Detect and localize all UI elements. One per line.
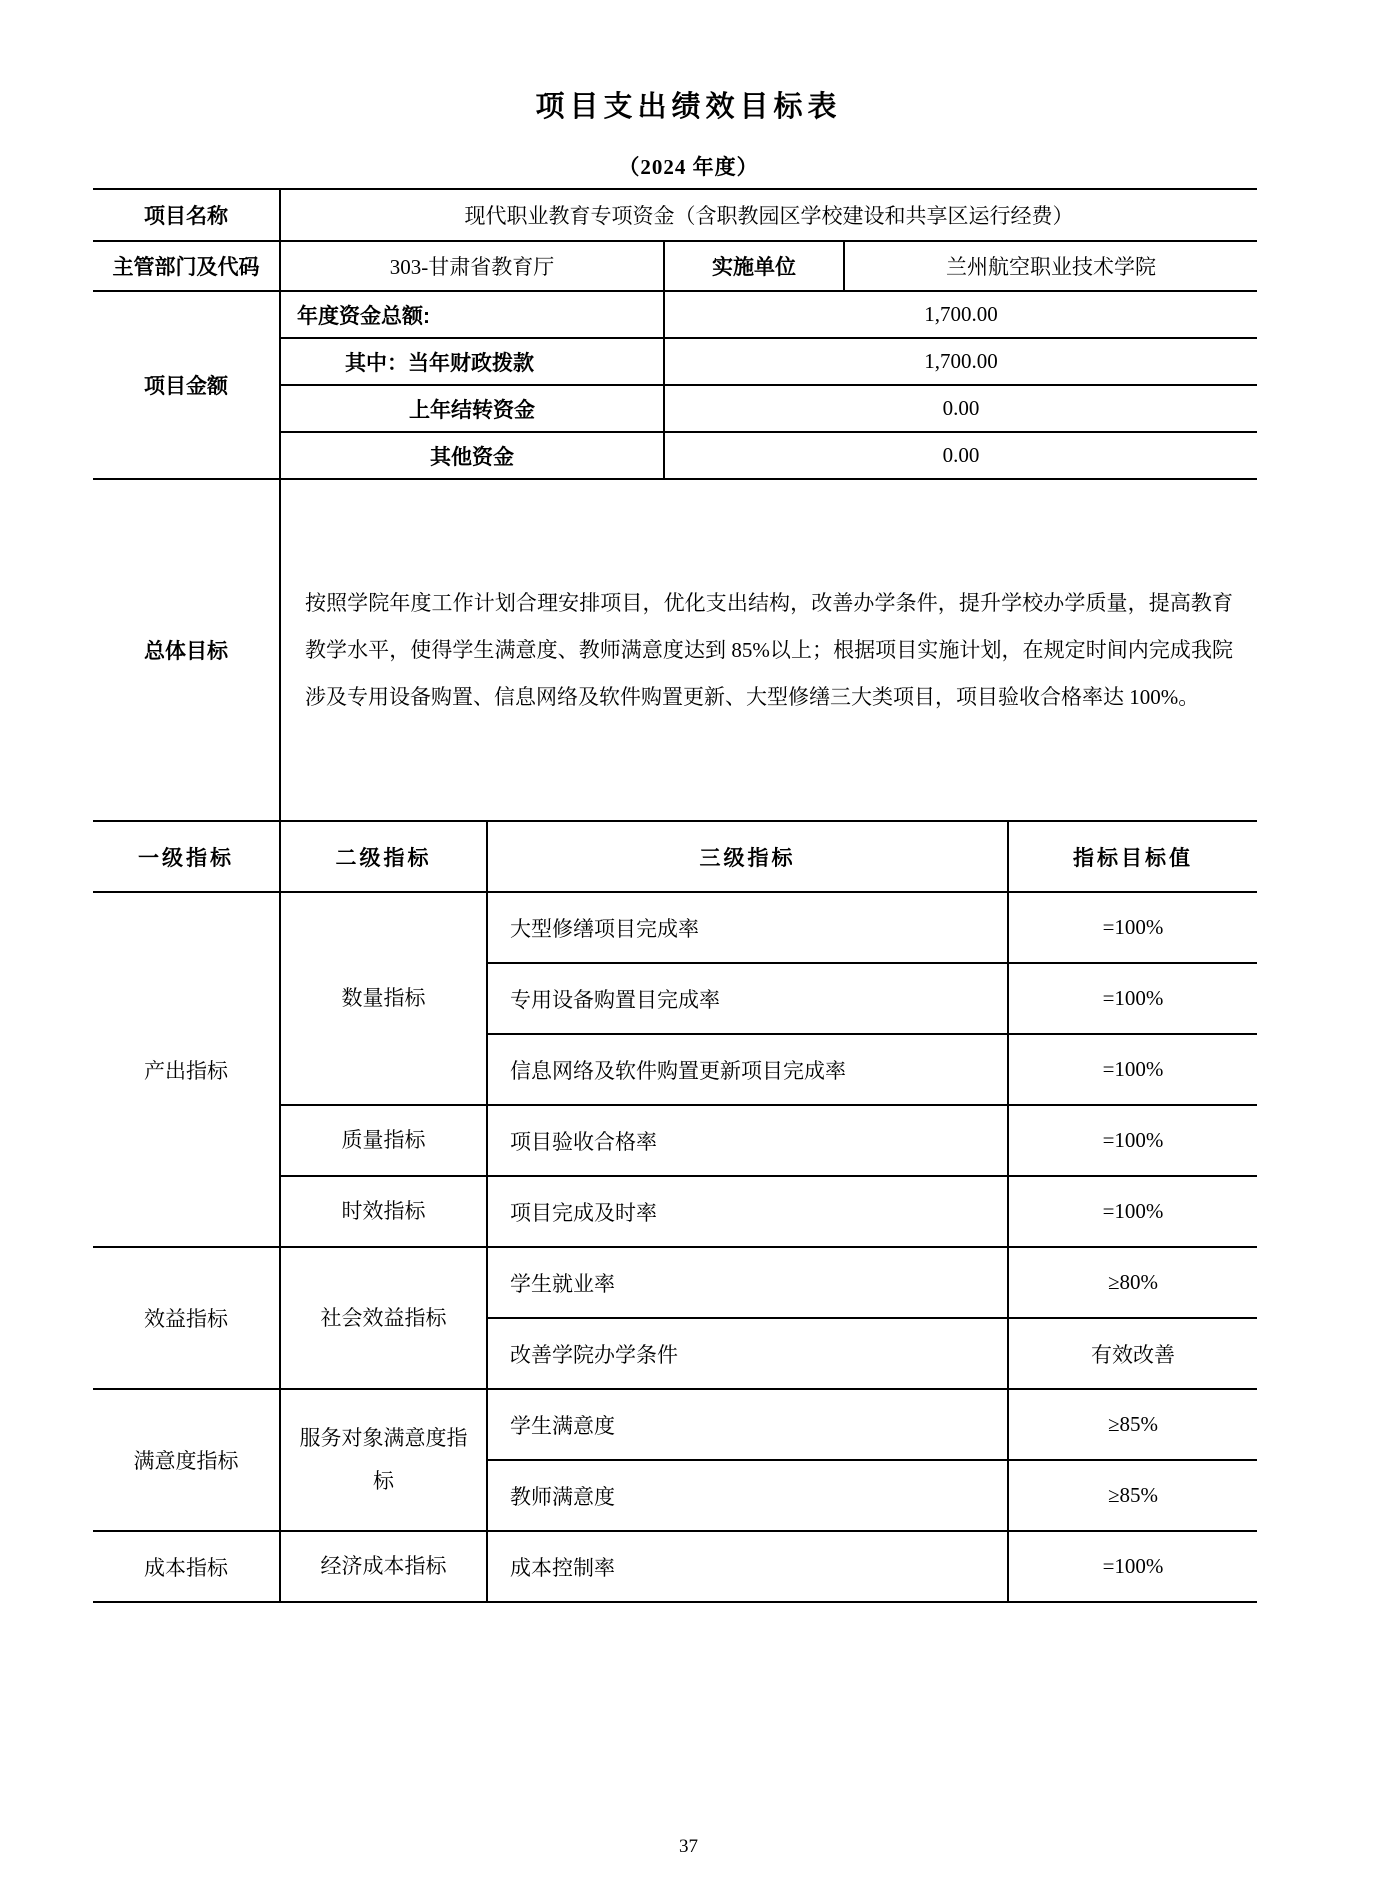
indicator-target: =100% bbox=[1008, 1034, 1257, 1105]
indicator-name: 专用设备购置目完成率 bbox=[487, 963, 1008, 1034]
indicator-target: =100% bbox=[1008, 963, 1257, 1034]
funding-fiscal-label: 其中：当年财政拨款 bbox=[280, 338, 664, 385]
indicator-target: =100% bbox=[1008, 1176, 1257, 1247]
indicator-target: =100% bbox=[1008, 892, 1257, 963]
level1-output: 产出指标 bbox=[93, 892, 280, 1247]
overall-goal-text: 按照学院年度工作计划合理安排项目，优化支出结构，改善办学条件，提升学校办学质量，… bbox=[280, 479, 1257, 821]
funding-other-label: 其他资金 bbox=[280, 432, 664, 479]
header-level2: 二级指标 bbox=[280, 821, 487, 892]
department-label: 主管部门及代码 bbox=[93, 241, 280, 291]
overall-goal-label: 总体目标 bbox=[93, 479, 280, 821]
overall-goal-row: 总体目标 按照学院年度工作计划合理安排项目，优化支出结构，改善办学条件，提升学校… bbox=[93, 479, 1257, 821]
indicator-name: 学生就业率 bbox=[487, 1247, 1008, 1318]
funding-total-value: 1,700.00 bbox=[664, 291, 1257, 338]
level2-timeliness: 时效指标 bbox=[280, 1176, 487, 1247]
project-name-row: 项目名称 现代职业教育专项资金（含职教园区学校建设和共享区运行经费） bbox=[93, 189, 1257, 241]
indicator-name: 信息网络及软件购置更新项目完成率 bbox=[487, 1034, 1008, 1105]
funding-section-label: 项目金额 bbox=[93, 291, 280, 479]
funding-fiscal-value: 1,700.00 bbox=[664, 338, 1257, 385]
header-target: 指标目标值 bbox=[1008, 821, 1257, 892]
project-name-label: 项目名称 bbox=[93, 189, 280, 241]
indicator-name: 项目验收合格率 bbox=[487, 1105, 1008, 1176]
indicator-row-repair: 产出指标 数量指标 大型修缮项目完成率 =100% bbox=[93, 892, 1257, 963]
indicator-target: =100% bbox=[1008, 1105, 1257, 1176]
indicator-header-row: 一级指标 二级指标 三级指标 指标目标值 bbox=[93, 821, 1257, 892]
indicator-target: =100% bbox=[1008, 1531, 1257, 1602]
indicator-name: 学生满意度 bbox=[487, 1389, 1008, 1460]
indicator-name: 项目完成及时率 bbox=[487, 1176, 1008, 1247]
indicator-row-employment: 效益指标 社会效益指标 学生就业率 ≥80% bbox=[93, 1247, 1257, 1318]
level2-quality: 质量指标 bbox=[280, 1105, 487, 1176]
level2-quantity: 数量指标 bbox=[280, 892, 487, 1105]
page-number: 37 bbox=[0, 1836, 1377, 1858]
indicator-name: 成本控制率 bbox=[487, 1531, 1008, 1602]
page-subtitle: （2024 年度） bbox=[0, 154, 1377, 180]
indicator-row-cost-control: 成本指标 经济成本指标 成本控制率 =100% bbox=[93, 1531, 1257, 1602]
funding-other-value: 0.00 bbox=[664, 432, 1257, 479]
project-name-value: 现代职业教育专项资金（含职教园区学校建设和共享区运行经费） bbox=[280, 189, 1257, 241]
header-level1: 一级指标 bbox=[93, 821, 280, 892]
level2-economic-cost: 经济成本指标 bbox=[280, 1531, 487, 1602]
level2-service-satisfaction: 服务对象满意度指标 bbox=[280, 1389, 487, 1531]
document-page: 项目支出绩效目标表 （2024 年度） 项目名称 现代职业教育专项资金（含职教园… bbox=[0, 0, 1377, 1885]
performance-target-table: 项目名称 现代职业教育专项资金（含职教园区学校建设和共享区运行经费） 主管部门及… bbox=[93, 188, 1257, 1603]
funding-row-total: 项目金额 年度资金总额: 1,700.00 bbox=[93, 291, 1257, 338]
department-value: 303-甘肃省教育厅 bbox=[280, 241, 664, 291]
page-title: 项目支出绩效目标表 bbox=[0, 0, 1377, 124]
level1-cost: 成本指标 bbox=[93, 1531, 280, 1602]
department-row: 主管部门及代码 303-甘肃省教育厅 实施单位 兰州航空职业技术学院 bbox=[93, 241, 1257, 291]
implementing-unit-label: 实施单位 bbox=[664, 241, 844, 291]
level1-benefit: 效益指标 bbox=[93, 1247, 280, 1389]
indicator-target: 有效改善 bbox=[1008, 1318, 1257, 1389]
header-level3: 三级指标 bbox=[487, 821, 1008, 892]
indicator-target: ≥80% bbox=[1008, 1247, 1257, 1318]
indicator-row-student-satisfaction: 满意度指标 服务对象满意度指标 学生满意度 ≥85% bbox=[93, 1389, 1257, 1460]
funding-carryover-label: 上年结转资金 bbox=[280, 385, 664, 432]
funding-total-label: 年度资金总额: bbox=[280, 291, 664, 338]
indicator-target: ≥85% bbox=[1008, 1460, 1257, 1531]
implementing-unit-value: 兰州航空职业技术学院 bbox=[844, 241, 1257, 291]
indicator-name: 教师满意度 bbox=[487, 1460, 1008, 1531]
indicator-name: 改善学院办学条件 bbox=[487, 1318, 1008, 1389]
indicator-name: 大型修缮项目完成率 bbox=[487, 892, 1008, 963]
indicator-target: ≥85% bbox=[1008, 1389, 1257, 1460]
level2-social-benefit: 社会效益指标 bbox=[280, 1247, 487, 1389]
funding-carryover-value: 0.00 bbox=[664, 385, 1257, 432]
level1-satisfaction: 满意度指标 bbox=[93, 1389, 280, 1531]
